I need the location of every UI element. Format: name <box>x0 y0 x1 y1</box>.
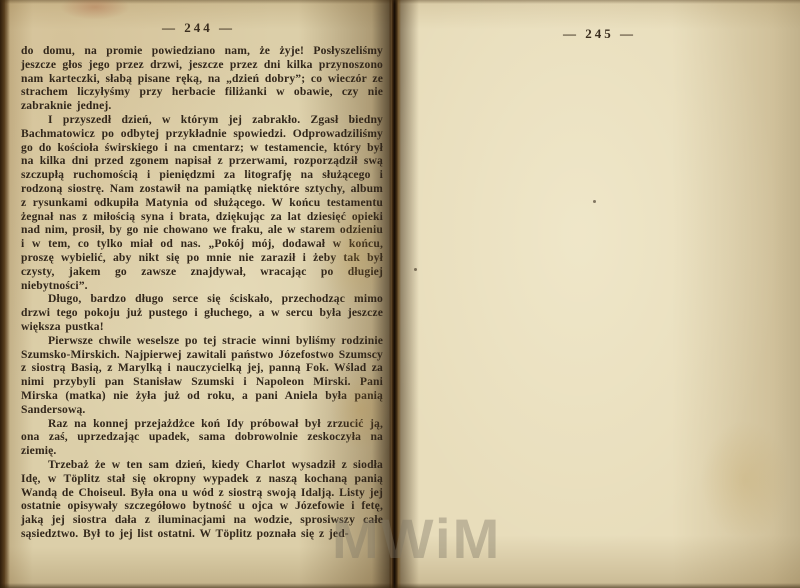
paper-speck <box>352 120 354 122</box>
scan-shadow-top <box>0 0 800 4</box>
paragraph: Pierwsze chwile weselsze po tej stracie … <box>21 334 383 417</box>
book-spine-gutter <box>389 0 401 588</box>
page-left: — 244 — do domu, na promie powiedziano n… <box>6 0 391 588</box>
page-text-left: do domu, na promie powiedziano nam, że ż… <box>21 44 383 541</box>
paragraph: Raz na konnej przejażdżce koń Idy próbow… <box>21 417 383 458</box>
paragraph: Długo, bardzo długo serce się ściskało, … <box>21 292 383 333</box>
paper-speck <box>593 200 596 203</box>
page-number-right: — 245 — <box>399 26 800 42</box>
paragraph: Trzebaż że w ten sam dzień, kiedy Charlo… <box>21 458 383 541</box>
scan-shadow-bottom <box>0 583 800 588</box>
watermark-text: MWiM <box>332 506 501 571</box>
book-scan: — 244 — do domu, na promie powiedziano n… <box>0 0 800 588</box>
paragraph: do domu, na promie powiedziano nam, że ż… <box>21 44 383 113</box>
page-right: — 245 — nym Anglikiem, ten miał pięknego… <box>399 0 800 588</box>
book-edge-left <box>0 0 10 588</box>
paragraph: I przyszedł dzień, w którym jej zabrakło… <box>21 113 383 292</box>
paper-speck <box>414 268 417 271</box>
page-number-left: — 244 — <box>6 20 391 36</box>
